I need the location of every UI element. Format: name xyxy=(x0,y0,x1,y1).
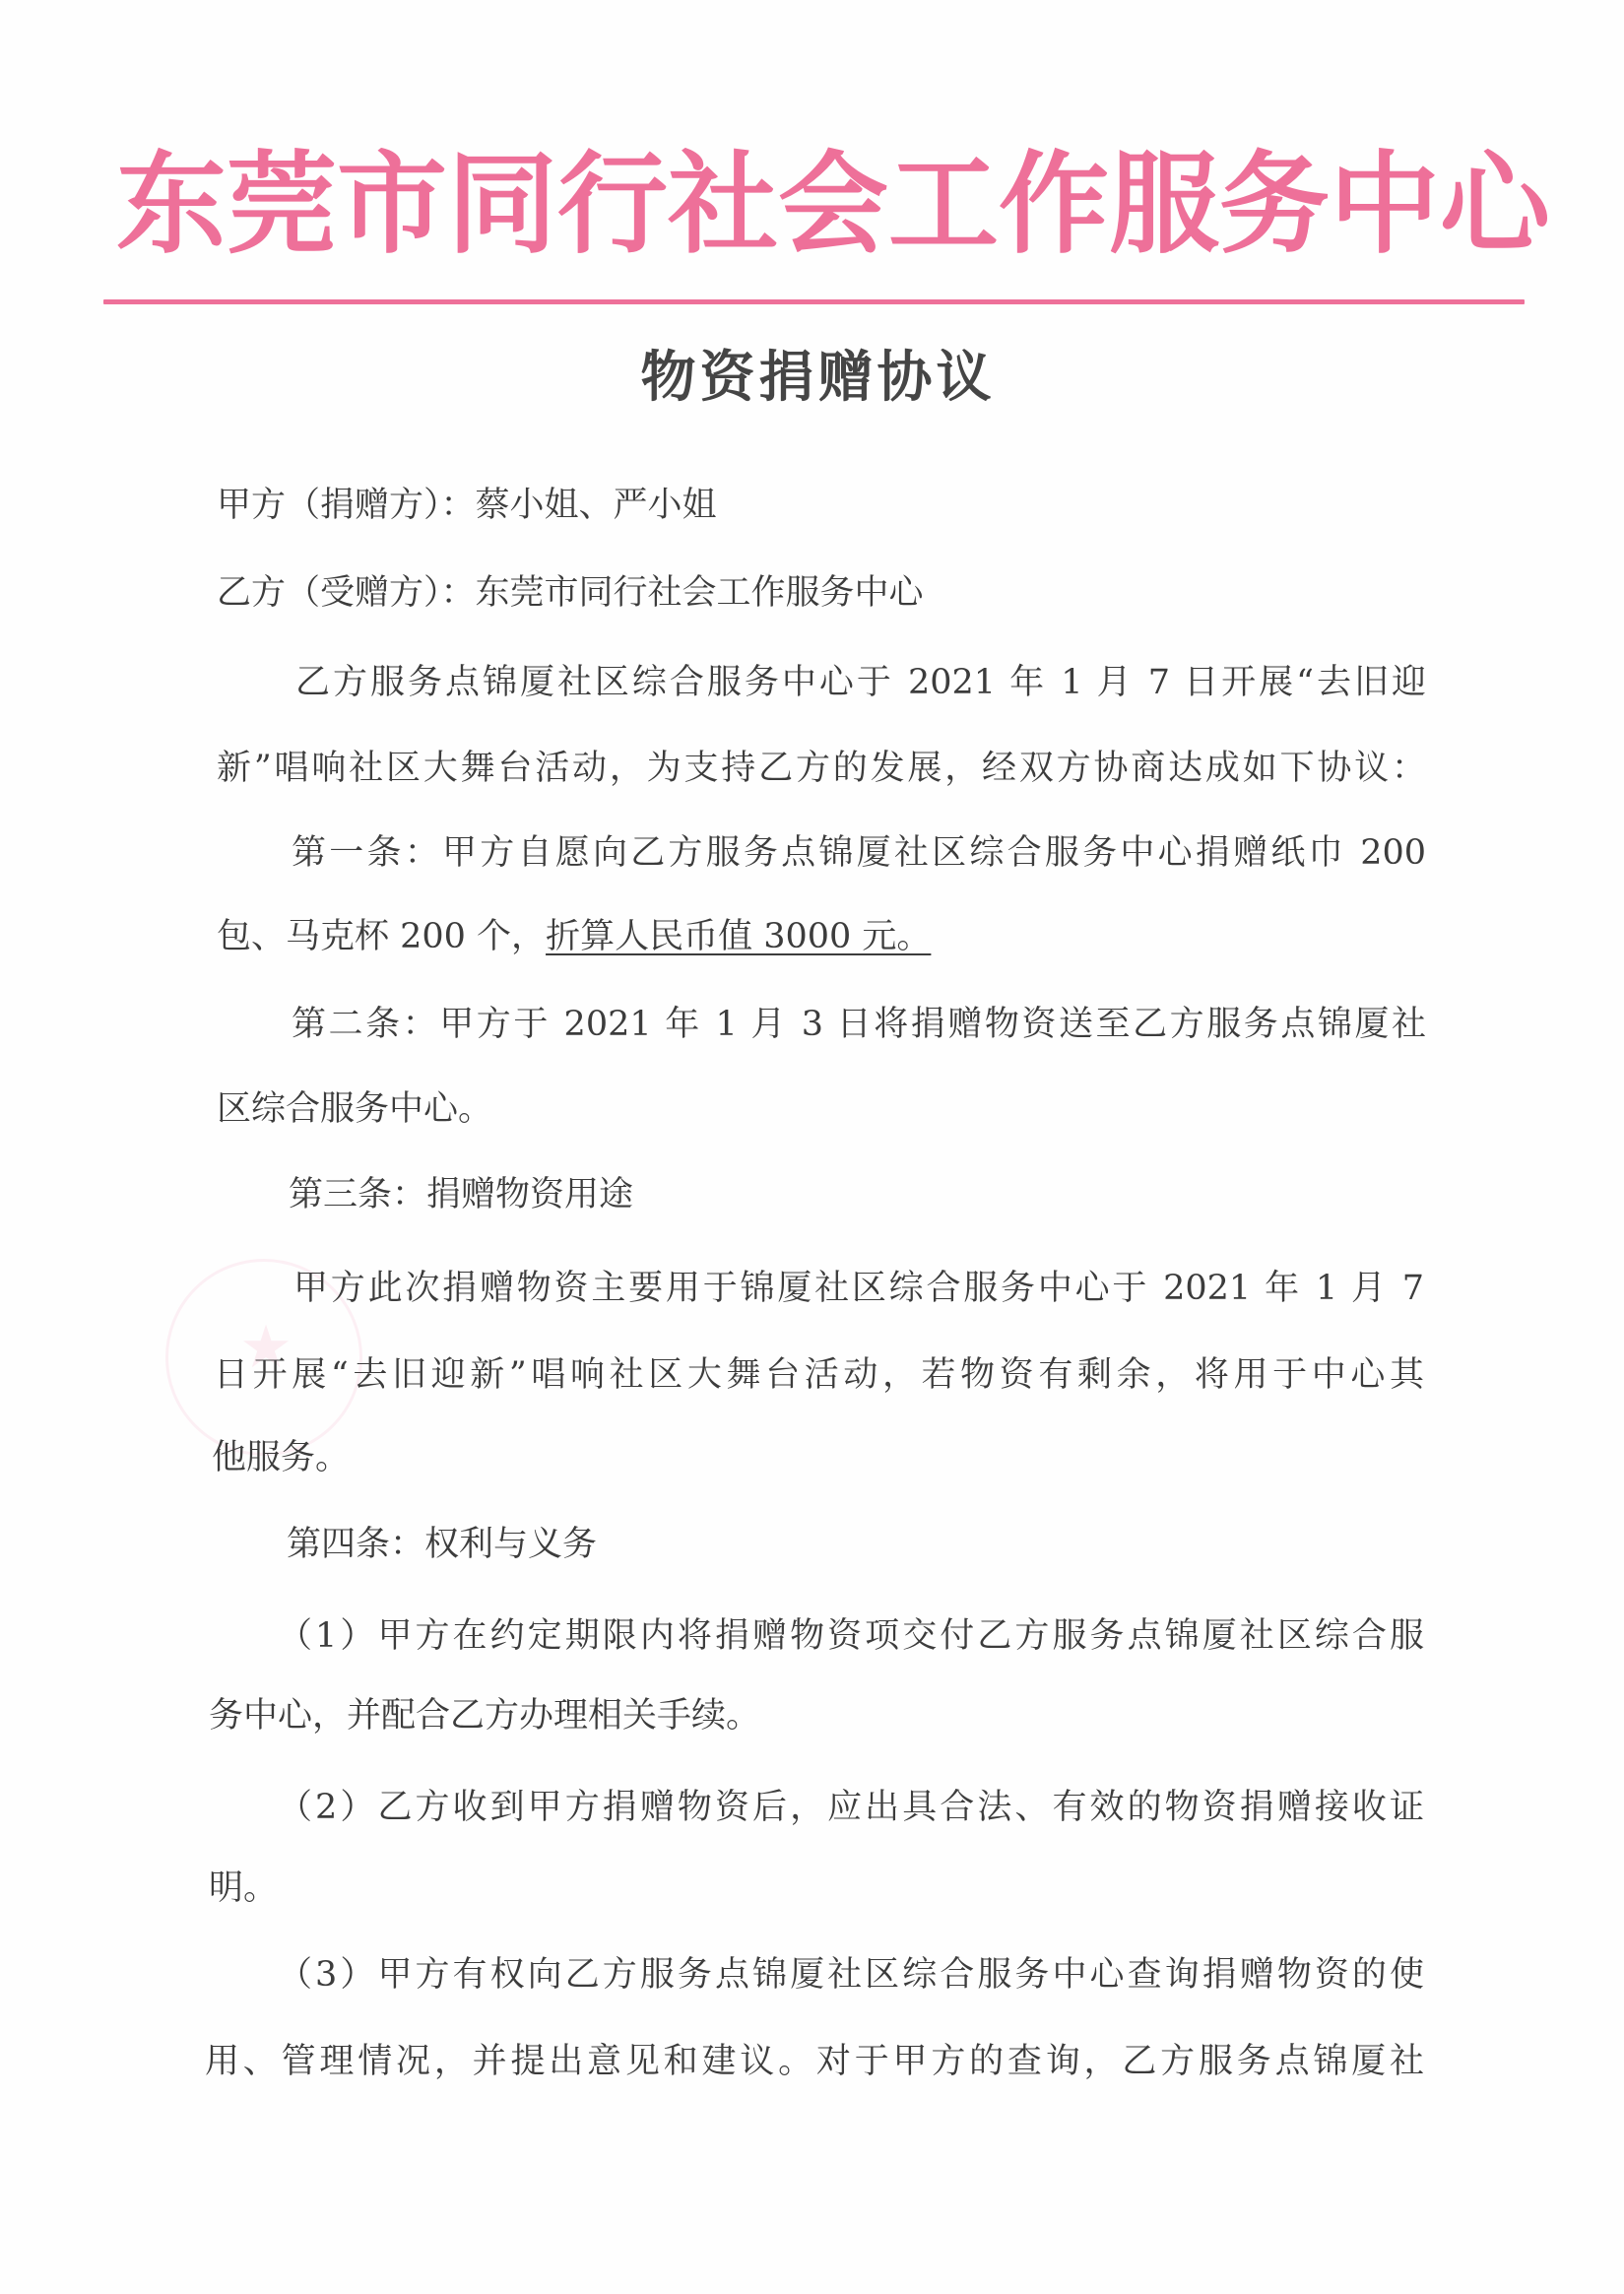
letterhead-org-name: 东 莞 市 同 行 社 会 工 作 服 务 中 心 xyxy=(116,136,1525,274)
document-page: 东 莞 市 同 行 社 会 工 作 服 务 中 心 物资捐赠协议 ★ 甲方（捐赠… xyxy=(0,0,1624,2294)
article4-item1-line-2: 务中心，并配合乙方办理相关手续。 xyxy=(209,1691,760,1740)
intro-line-1: 乙方服务点锦厦社区综合服务中心于 2021 年 1 月 7 日开展“去旧迎 xyxy=(295,658,1426,707)
article4-item3-line-1: （3）甲方有权向乙方服务点锦厦社区综合服务中心查询捐赠物资的使 xyxy=(278,1950,1424,1999)
article4-item2-line-2: 明。 xyxy=(209,1864,278,1913)
article1-line-1: 第一条：甲方自愿向乙方服务点锦厦社区综合服务中心捐赠纸巾 200 xyxy=(292,828,1426,878)
letterhead-char: 中 xyxy=(1330,136,1440,274)
letterhead-char: 莞 xyxy=(227,136,337,274)
letterhead-char: 市 xyxy=(337,136,447,274)
letterhead-char: 同 xyxy=(447,136,557,274)
letterhead-char: 心 xyxy=(1440,136,1550,274)
article4-item1-line-1: （1）甲方在约定期限内将捐赠物资项交付乙方服务点锦厦社区综合服 xyxy=(278,1611,1424,1661)
letterhead-char: 行 xyxy=(557,136,668,274)
letterhead-char: 服 xyxy=(1109,136,1219,274)
article1-items-text: 包、马克杯 200 个， xyxy=(217,917,546,956)
article3-line-2: 日开展“去旧迎新”唱响社区大舞台活动，若物资有剩余，将用于中心其 xyxy=(214,1350,1424,1400)
letterhead-char: 社 xyxy=(668,136,778,274)
article4-item3-line-2: 用、管理情况，并提出意见和建议。对于甲方的查询，乙方服务点锦厦社 xyxy=(205,2037,1424,2086)
letterhead-char: 会 xyxy=(778,136,888,274)
article2-line-2: 区综合服务中心。 xyxy=(217,1084,492,1134)
letterhead-char: 作 xyxy=(999,136,1109,274)
article4-heading: 第四条：权利与义务 xyxy=(287,1520,597,1569)
article3-line-3: 他服务。 xyxy=(212,1433,350,1482)
article4-item2-line-1: （2）乙方收到甲方捐赠物资后，应出具合法、有效的物资捐赠接收证 xyxy=(278,1783,1424,1832)
letterhead-char: 务 xyxy=(1219,136,1330,274)
intro-line-2: 新”唱响社区大舞台活动，为支持乙方的发展，经双方协商达成如下协议： xyxy=(217,744,1426,793)
document-title: 物资捐赠协议 xyxy=(0,343,1624,412)
letterhead-char: 工 xyxy=(888,136,999,274)
article2-line-1: 第二条：甲方于 2021 年 1 月 3 日将捐赠物资送至乙方服务点锦厦社 xyxy=(292,1000,1426,1049)
article1-line-2: 包、马克杯 200 个，折算人民币值 3000 元。 xyxy=(217,912,931,961)
letterhead-char: 东 xyxy=(116,136,227,274)
article3-heading: 第三条：捐赠物资用途 xyxy=(289,1170,633,1219)
letterhead-divider xyxy=(103,299,1525,304)
article1-value-underlined: 折算人民币值 3000 元。 xyxy=(546,917,931,956)
party-b-line: 乙方（受赠方）：东莞市同行社会工作服务中心 xyxy=(217,568,924,618)
article3-line-1: 甲方此次捐赠物资主要用于锦厦社区综合服务中心于 2021 年 1 月 7 xyxy=(293,1264,1424,1313)
party-a-line: 甲方（捐赠方）：蔡小姐、严小姐 xyxy=(217,481,717,530)
